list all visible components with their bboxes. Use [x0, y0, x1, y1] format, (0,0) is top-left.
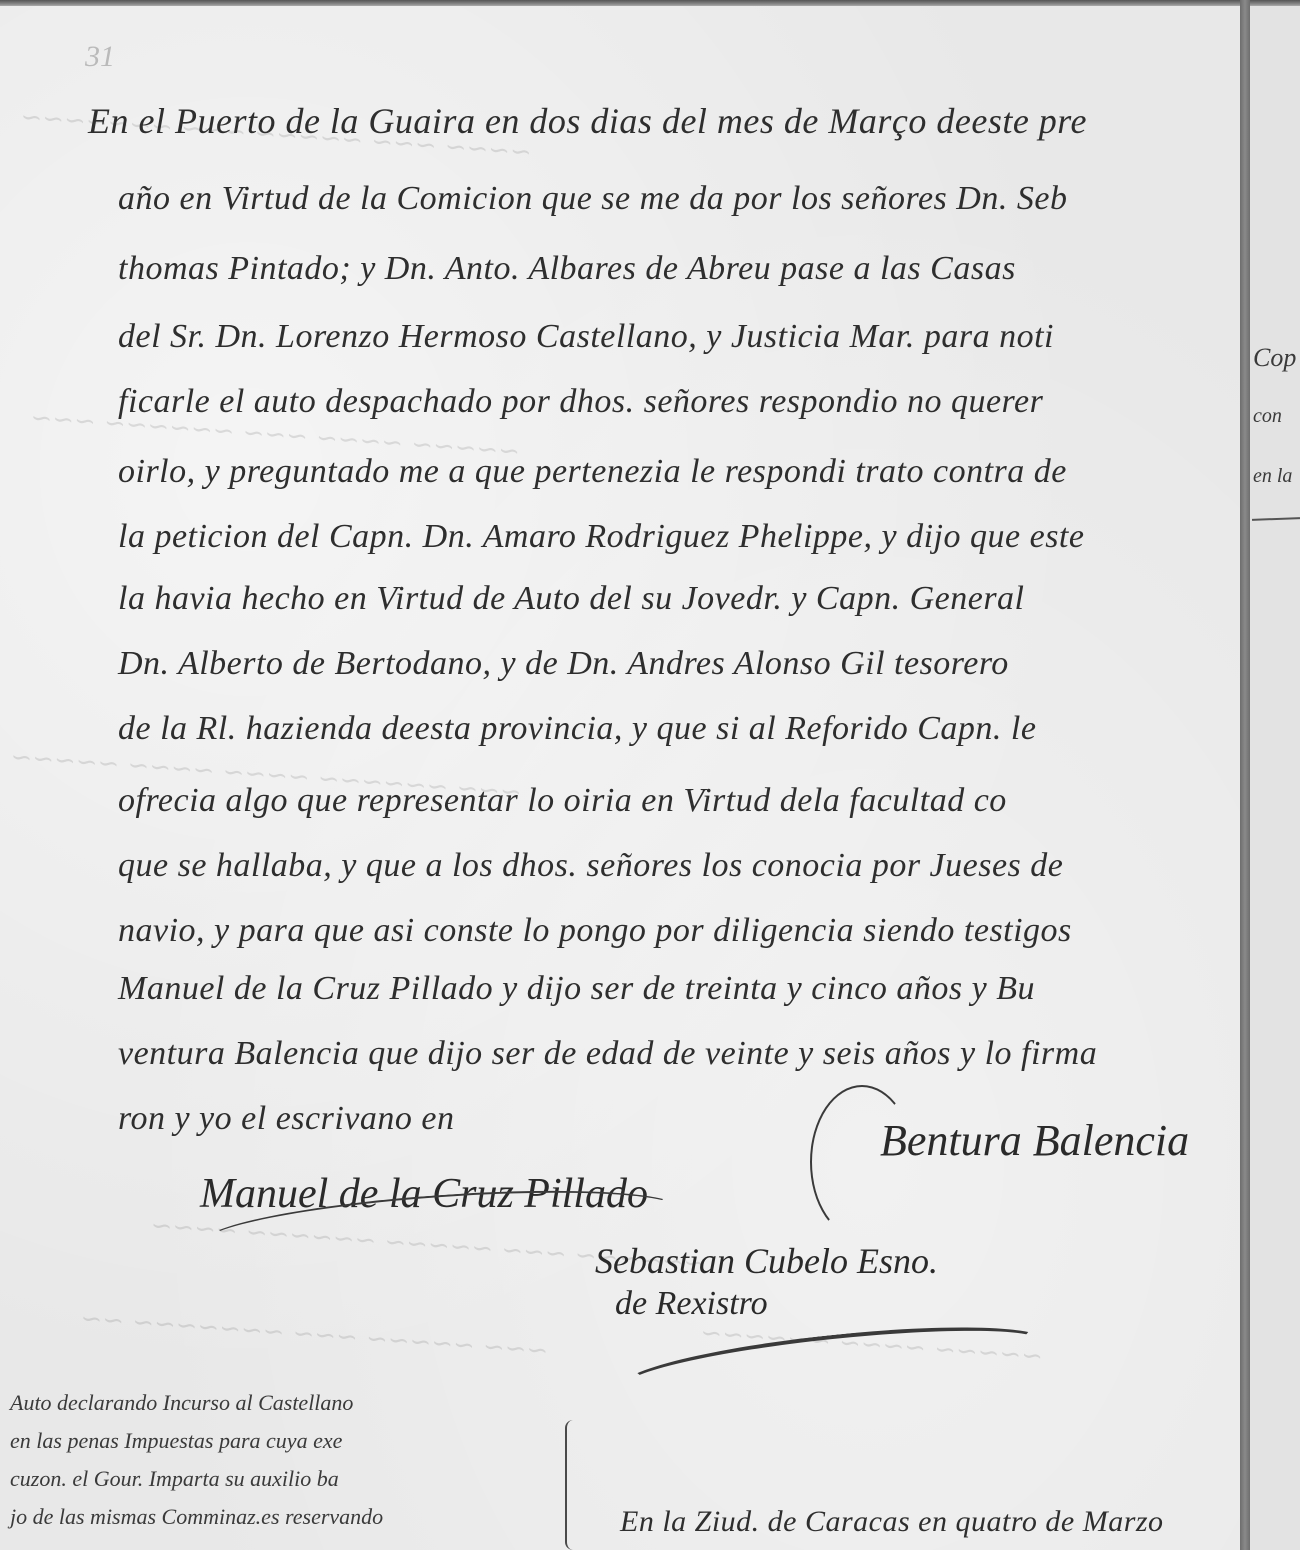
margin-heading-line-2: en las penas Impuestas para cuya exe	[10, 1428, 342, 1454]
body-line-10: de la Rl. hazienda deesta provincia, y q…	[118, 710, 1036, 748]
signature-sebastian-cubelo: Sebastian Cubelo Esno.	[595, 1240, 938, 1282]
body-line-15: ventura Balencia que dijo ser de edad de…	[118, 1035, 1097, 1073]
body-line-16: ron y yo el escrivano en	[118, 1100, 454, 1138]
body-line-5: ficarle el auto despachado por dhos. señ…	[118, 383, 1043, 421]
right-margin-fragment: en la	[1253, 465, 1292, 488]
next-entry-opening: En la Ziud. de Caracas en quatro de Marz…	[620, 1505, 1164, 1539]
body-line-12: que se hallaba, y que a los dhos. señore…	[118, 847, 1063, 885]
right-margin-fragment: con	[1253, 405, 1282, 428]
body-line-9: Dn. Alberto de Bertodano, y de Dn. Andre…	[118, 645, 1009, 683]
body-line-3: thomas Pintado; y Dn. Anto. Albares de A…	[118, 250, 1016, 288]
body-line-11: ofrecia algo que representar lo oiria en…	[118, 782, 1007, 820]
body-line-7: la peticion del Capn. Dn. Amaro Rodrigue…	[118, 518, 1084, 556]
margin-brace	[565, 1420, 581, 1550]
notary-title: de Rexistro	[615, 1285, 768, 1323]
body-line-1: En el Puerto de la Guaira en dos dias de…	[88, 100, 1087, 142]
body-line-13: navio, y para que asi conste lo pongo po…	[118, 912, 1072, 950]
body-line-6: oirlo, y preguntado me a que pertenezia …	[118, 453, 1067, 491]
signature-loop	[810, 1085, 914, 1239]
binding-gutter	[1240, 0, 1250, 1550]
body-line-14: Manuel de la Cruz Pillado y dijo ser de …	[118, 970, 1035, 1008]
body-line-2: año en Virtud de la Comicion que se me d…	[118, 180, 1067, 218]
faint-page-number: 31	[85, 40, 115, 74]
margin-heading-line-1: Auto declarando Incurso al Castellano	[10, 1390, 353, 1416]
margin-heading-line-3: cuzon. el Gour. Imparta su auxilio ba	[10, 1466, 339, 1492]
right-margin-fragment: Cop	[1253, 343, 1296, 373]
signature-bentura-balencia: Bentura Balencia	[880, 1115, 1189, 1166]
margin-heading-line-4: jo de las mismas Comminaz.es reservando	[10, 1504, 383, 1530]
body-line-4: del Sr. Dn. Lorenzo Hermoso Castellano, …	[118, 318, 1054, 356]
facing-page-edge	[1250, 6, 1300, 1550]
body-line-8: la havia hecho en Virtud de Auto del su …	[118, 580, 1025, 618]
